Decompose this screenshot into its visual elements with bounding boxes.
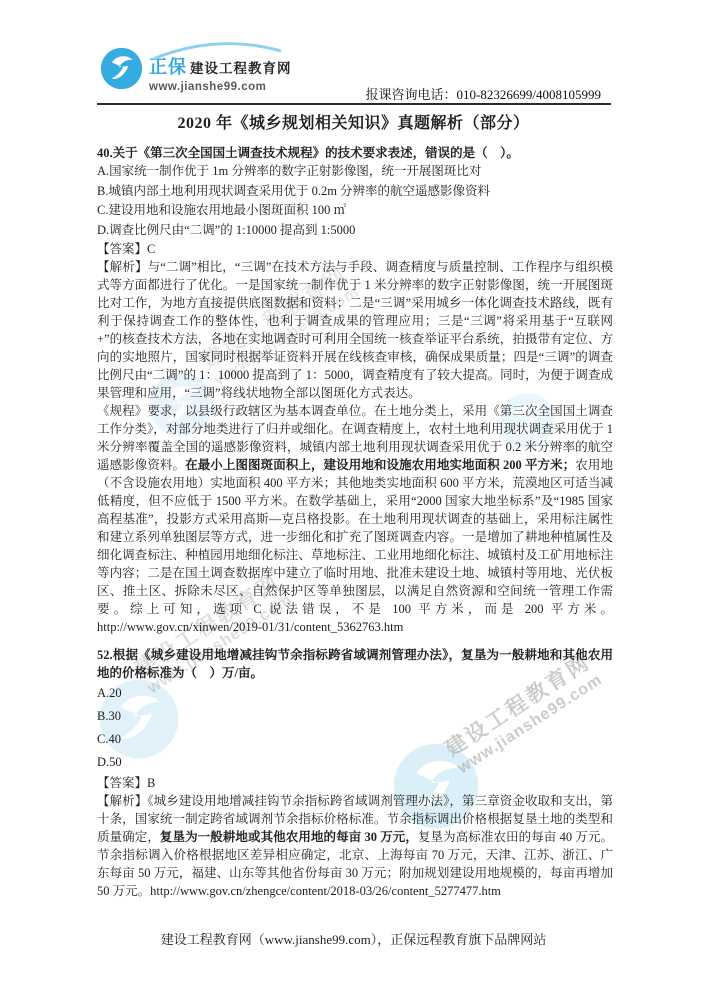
- page-title: 2020 年《城乡规划相关知识》真题解析（部分）: [0, 110, 707, 133]
- brand-suffix: 建设工程教育网: [190, 57, 292, 77]
- brand-name: 正保: [149, 53, 187, 79]
- document-body: 40.关于《第三次全国国土调查技术规程》的技术要求表述，错误的是（ ）。 A.国…: [97, 144, 613, 900]
- option-b: B.30: [97, 705, 613, 728]
- option-d: D.调查比例尺由“二调”的 1:10000 提高到 1:5000: [97, 221, 613, 241]
- source-url[interactable]: http://www.gov.cn/xinwen/2019-01/31/cont…: [97, 620, 403, 634]
- text-run: 在最小上图图斑面积上，建设用地和设施农用地实地面积 200 平方米；: [185, 458, 575, 472]
- logo-text: 正保 建设工程教育网 www.jianshe99.com: [149, 47, 292, 93]
- document-page: 建设工程教育网 www.jianshe99.com 建设工程教育网 www.ji…: [0, 0, 707, 1000]
- text-run: 【解析】与“二调”相比，“三调”在技术方法与手段、调查精度与质量控制、工作程序与…: [97, 260, 613, 400]
- analysis-paragraph: 【解析】与“二调”相比，“三调”在技术方法与手段、调查精度与质量控制、工作程序与…: [97, 258, 613, 402]
- source-url[interactable]: http://www.gov.cn/zhengce/content/2018-0…: [150, 884, 501, 898]
- analysis-paragraph: 《规程》要求，以县级行政辖区为基本调查单位。在土地分类上，采用《第三次全国国土调…: [97, 402, 613, 636]
- analysis-paragraph: 【解析】《城乡建设用地增减挂钩节余指标跨省域调剂管理办法》，第三章资金收取和支出…: [97, 792, 613, 900]
- option-c: C.建设用地和设施农用地最小图斑面积 100 ㎡: [97, 201, 613, 221]
- header-divider: [97, 103, 611, 105]
- text-run: 复垦为一般耕地或其他农用地的每亩 30 万元，: [160, 830, 418, 844]
- question-stem: 40.关于《第三次全国国土调查技术规程》的技术要求表述，错误的是（ ）。: [97, 144, 613, 162]
- footer-line: 建设工程教育网（www.jianshe99.com），正保远程教育旗下品牌网站: [0, 929, 707, 948]
- header-logo: 正保 建设工程教育网 www.jianshe99.com: [100, 47, 292, 93]
- option-c: C.40: [97, 728, 613, 751]
- question-stem: 52.根据《城乡建设用地增减挂钩节余指标跨省域调剂管理办法》，复垦为一般耕地和其…: [97, 646, 613, 682]
- answer-line: 【答案】C: [97, 240, 613, 258]
- question-40: 40.关于《第三次全国国土调查技术规程》的技术要求表述，错误的是（ ）。 A.国…: [97, 144, 613, 636]
- option-a: A.20: [97, 682, 613, 705]
- question-52: 52.根据《城乡建设用地增减挂钩节余指标跨省域调剂管理办法》，复垦为一般耕地和其…: [97, 646, 613, 900]
- consult-phone: 报课咨询电话：010-82326699/4008105999: [366, 84, 601, 103]
- zhengbao-logo-icon: [100, 47, 143, 90]
- option-b: B.城镇内部土地利用现状调查采用优于 0.2m 分辨率的航空遥感影像资料: [97, 182, 613, 202]
- brand-url: www.jianshe99.com: [149, 81, 292, 93]
- text-run: 农用地（不含设施农用地）实地面积 400 平方米；其他地类实地面积 600 平方…: [97, 458, 613, 616]
- option-a: A.国家统一制作优于 1m 分辨率的数字正射影像图，统一开展图斑比对: [97, 162, 613, 182]
- option-d: D.50: [97, 751, 613, 774]
- answer-line: 【答案】B: [97, 774, 613, 792]
